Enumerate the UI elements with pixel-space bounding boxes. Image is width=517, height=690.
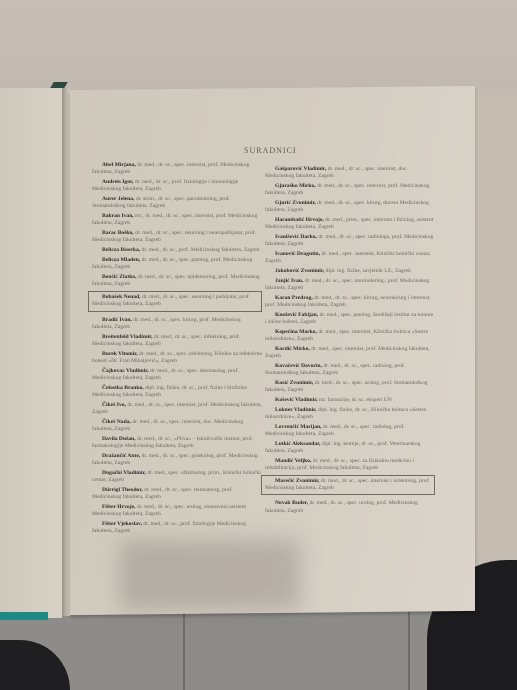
contributor-name: Bobašek Nenad, [102, 294, 141, 300]
contributor-entry: Andreis Igor, dr. med., dr. sc., prof. f… [92, 179, 262, 193]
contributor-name: Ivanišević Darko, [275, 234, 317, 240]
contributor-entry: Košević Vladimir, mr. farmacije, dr. sc.… [265, 397, 435, 404]
contributor-name: Čikeš Ivo, [102, 402, 126, 408]
contributor-entry: Kopećina Marko, dr. med., spec. internis… [265, 329, 435, 343]
contributor-entry: Dražančić Ante, dr. med., dr. sc., spec.… [92, 453, 262, 467]
contributor-entry: Kovačević Davorin, dr. med., dr. sc., sp… [265, 363, 435, 377]
contributor-entry: Bradić Ivan, dr. med., dr. sc., spec. ki… [92, 317, 262, 331]
contributor-entry: Čikeš Nada, dr. med., dr. sc., spec. int… [92, 419, 262, 433]
contributor-name: Kopećina Marko, [275, 329, 317, 335]
contributor-name: Andreis Igor, [102, 179, 133, 185]
contributor-name: Breitenfeld Vladimir, [102, 334, 153, 340]
contributor-name: Karan Predrag, [275, 295, 313, 301]
contributor-name: Barac Boško, [102, 230, 134, 236]
contributor-entry: Barac Boško, dr. med., dr. sc., spec. ne… [92, 230, 262, 244]
contributor-entry: Abel Mirjana, dr. med., dr. sc., spec. i… [92, 162, 262, 176]
contributor-entry: Gjurić Zvonimir, dr. med., dr. sc., spec… [265, 200, 435, 214]
contributor-entry: Bobašek Nenad, dr. med., dr. sc., spec. … [88, 291, 262, 311]
contributor-name: Bradić Ivan, [102, 317, 132, 323]
contributor-credentials: mr. farmacije, dr. sc. ekspert UN [319, 397, 392, 403]
contributor-name: Fišter Vjekoslav, [102, 521, 142, 527]
contributor-entry: Belicza Mladen, dr. med., dr. sc., spec.… [92, 257, 262, 271]
contributor-entry: Kordić Mirko, dr. med., spec. internist,… [265, 346, 435, 360]
contributor-entry: Burek Vitomir, dr. med., dr. sc., spec. … [92, 351, 262, 365]
contributor-name: Čajkovac Vladimir, [102, 368, 149, 374]
contributor-name: Aurer Jelena, [102, 196, 134, 202]
contributor-entry: Dugački Vladimir, dr. med., spec. oftalm… [92, 470, 262, 484]
contributor-name: Abel Mirjana, [102, 162, 136, 168]
contributor-name: Harambašić Hrvoje, [275, 217, 324, 223]
contributor-entry: Bakran Ivan, mr., dr. med., dr. sc., spe… [92, 213, 262, 227]
contributor-entry: Belicza Biserka, dr. med., dr. sc., prof… [92, 247, 262, 254]
contributor-name: Gjuraško Mirko, [275, 183, 316, 189]
contributor-entry: Čelostka Branko, dipl. ing. fizike, dr. … [92, 385, 262, 399]
contributor-entry: Karan Predrag, dr. med., dr. sc., spec. … [265, 295, 435, 309]
contributor-name: Čelostka Branko, [102, 385, 144, 391]
contributor-entry: Lutkić Aleksandar, dipl. ing. kemije, dr… [265, 441, 435, 455]
contributor-name: Belicza Biserka, [102, 247, 140, 253]
contributor-name: Čikeš Nada, [102, 419, 131, 425]
contributor-entry: Jakobović Zvonimir, dipl. ing. fizike, s… [265, 268, 435, 275]
contributor-name: Gjurić Zvonimir, [275, 200, 316, 206]
background-wall [0, 0, 517, 90]
contributor-name: Lokner Vladimir, [275, 407, 317, 413]
contributor-entry: Benčić Zlatko, dr. med., dr. sc., spec. … [92, 274, 262, 288]
contributor-name: Kosić Zvonimir, [275, 380, 313, 386]
contributor-entry: Davila Dušan, dr. med., dr. sc., »Pliva«… [92, 436, 262, 450]
contributor-entry: Fišter Hrvoje, dr. med., dr. sc., spec. … [92, 504, 262, 518]
contributor-name: Kordić Mirko, [275, 346, 310, 352]
contributor-entry: Čajkovac Vladimir, dr. med., dr. sc., sp… [92, 368, 262, 382]
contributor-entry: Harambašić Hrvoje, dr. med., prim., spec… [265, 217, 435, 231]
contributor-credentials: dipl. ing. fizike, savjetnik I.Z., Zagre… [326, 268, 411, 274]
contributor-entry: Čikeš Ivo, dr. med., dr. sc., spec. inte… [92, 402, 262, 416]
contributor-entry: Janjić Ivan, dr. med., dr. sc., spec. ot… [265, 278, 435, 292]
contributor-name: Košević Vladimir, [275, 397, 318, 403]
contributor-name: Dražančić Ante, [102, 453, 140, 459]
book-gutter [62, 88, 70, 616]
page-title: SURADNICI [244, 146, 297, 155]
contributor-entry: Aurer Jelena, dr. stom., dr. sc., spec. … [92, 196, 262, 210]
contributor-entry: Dürrigl Theodor, dr. med., dr. sc., spec… [92, 487, 262, 501]
contributor-name: Novak Ruđer, [275, 500, 308, 506]
contributor-credentials: dr. med., dr. sc., prof. Medicinskog fak… [142, 247, 260, 253]
book-cover-edge [0, 612, 48, 620]
contributor-name: Fišter Hrvoje, [102, 504, 135, 510]
contributor-entry: Kosić Zvonimir, dr. med., dr. sc., spec.… [265, 380, 435, 394]
contributor-entry: Gjuraško Mirko, dr. med., dr. sc., spec.… [265, 183, 435, 197]
contributor-name: Jakobović Zvonimir, [275, 268, 324, 274]
contributors-right-column: Gašparović Vladimir, dr. med., dr. sc., … [265, 166, 435, 517]
contributor-name: Ivanović Dragutin, [275, 251, 320, 257]
contributor-entry: Gašparović Vladimir, dr. med., dr. sc., … [265, 166, 435, 180]
contributor-entry: Knežević Fabijan, dr. med., spec. patolo… [265, 312, 435, 326]
contributor-entry: Mandić Veljko, dr. med., dr. sc., spec. … [265, 458, 435, 472]
contributor-name: Kovačević Davorin, [275, 363, 322, 369]
previous-page-edge [0, 88, 62, 618]
contributor-entry: Ivanović Dragutin, dr. med., spec. inter… [265, 251, 435, 265]
contributor-entry: Lovrenčić Marijan, dr. med., dr. sc., sp… [265, 424, 435, 438]
contributor-name: Knežević Fabijan, [275, 312, 318, 318]
contributor-name: Bakran Ivan, [102, 213, 134, 219]
contributor-name: Gašparović Vladimir, [275, 166, 326, 172]
page-shadow [120, 540, 300, 610]
contributor-name: Dürrigl Theodor, [102, 487, 143, 493]
contributor-name: Dugački Vladimir, [102, 470, 146, 476]
contributor-entry: Novak Ruđer, dr. med., dr. sc., spec. ur… [265, 500, 435, 514]
contributor-name: Lovrenčić Marijan, [275, 424, 322, 430]
contributor-entry: Fišter Vjekoslav, dr. med., dr. sc., pro… [92, 521, 262, 535]
contributor-entry: Breitenfeld Vladimir, dr. med., dr. sc.,… [92, 334, 262, 348]
contributor-entry: Lokner Vladimir, dipl. ing. fizike, dr. … [265, 407, 435, 421]
tile-seam [408, 600, 410, 690]
contributor-name: Burek Vitomir, [102, 351, 138, 357]
contributor-name: Marečić Zvonimir, [275, 478, 319, 484]
contributor-name: Lutkić Aleksandar, [275, 441, 321, 447]
contributor-name: Benčić Zlatko, [102, 274, 137, 280]
contributor-name: Davila Dušan, [102, 436, 136, 442]
contributors-left-column: Abel Mirjana, dr. med., dr. sc., spec. i… [92, 162, 262, 538]
contributor-name: Mandić Veljko, [275, 458, 311, 464]
contributor-name: Belicza Mladen, [102, 257, 140, 263]
contributor-entry: Ivanišević Darko, dr. med., dr. sc., spe… [265, 234, 435, 248]
contributor-name: Janjić Ivan, [275, 278, 303, 284]
contributor-entry: Marečić Zvonimir, dr. med., dr. sc., spe… [261, 475, 435, 495]
